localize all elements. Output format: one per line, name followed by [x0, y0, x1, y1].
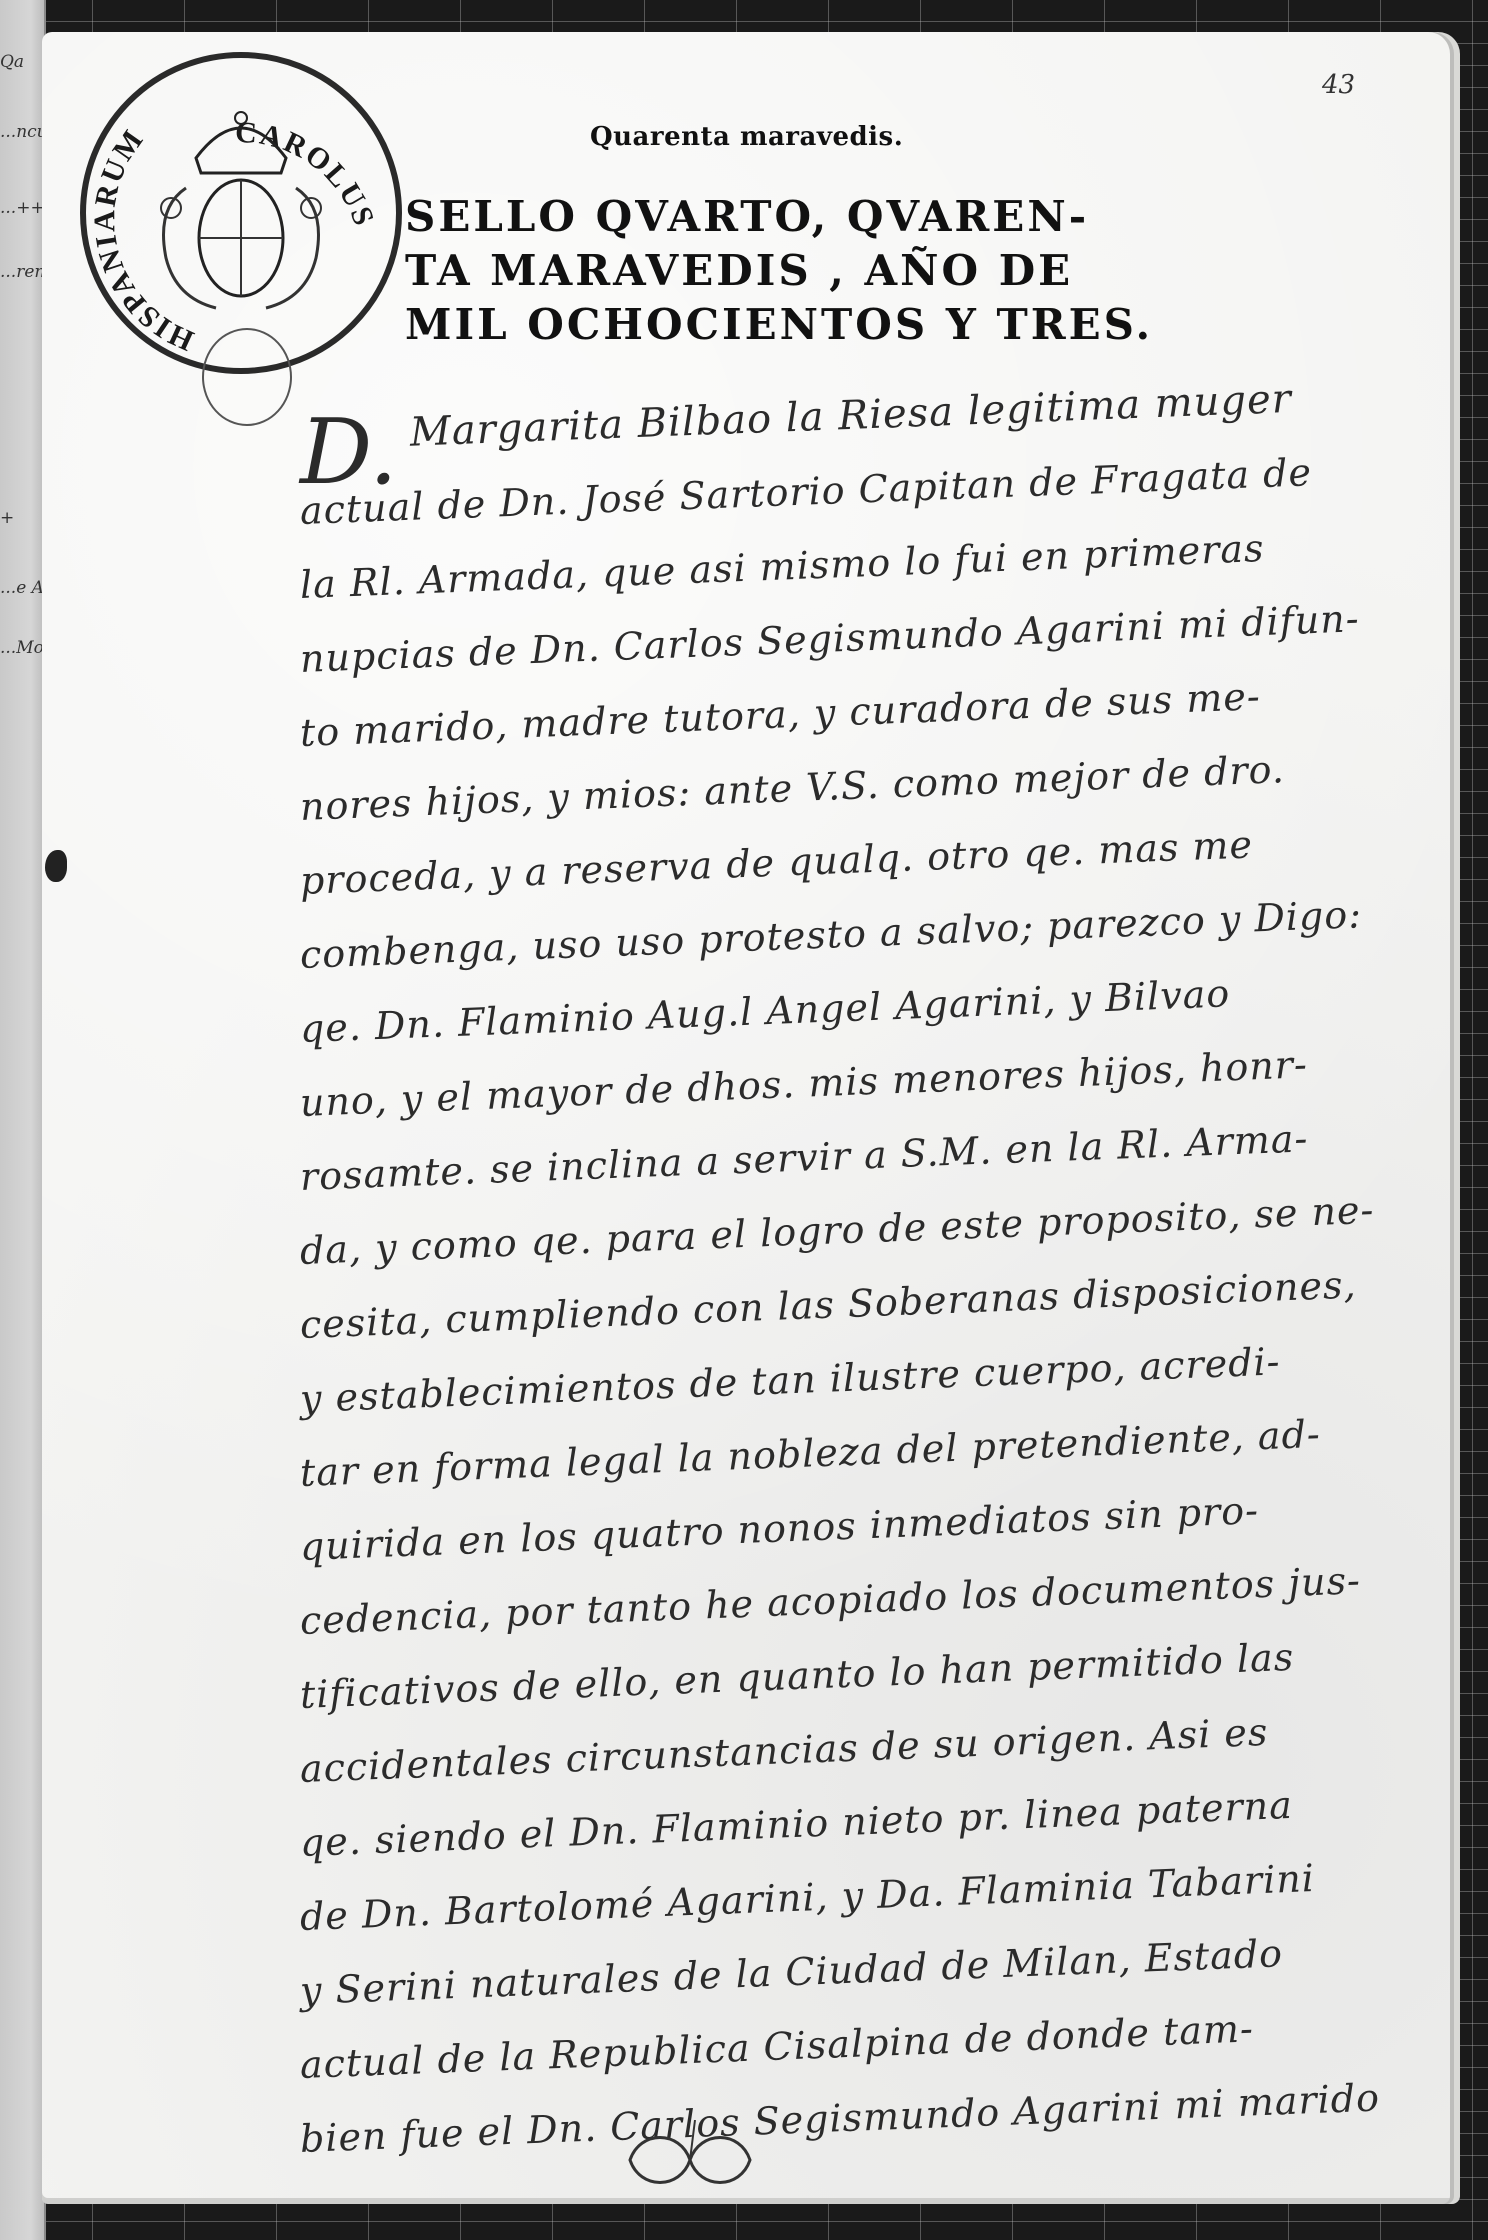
margin-note: Qa — [0, 52, 44, 72]
margin-note: ...ncups — [0, 122, 44, 142]
secondary-stamp-outline — [202, 328, 292, 426]
stamp-line: TA MARAVEDIS , AÑO DE — [405, 244, 1105, 298]
previous-page-edge: Qa ...ncups ...+++ ...reny + ...e ADal .… — [0, 0, 46, 2240]
page-number: 43 — [1322, 70, 1355, 100]
margin-note: ...e ADal — [0, 578, 44, 598]
margin-note: ...reny — [0, 262, 44, 282]
stamped-paper-header: SELLO QVARTO, QVAREN- TA MARAVEDIS , AÑO… — [405, 190, 1105, 352]
ink-blot — [45, 850, 67, 882]
royal-coat-of-arms-icon: CAROLUS·IV·D·G· HISPANIARUM REX· — [86, 58, 396, 368]
manuscript-body: Margarita Bilbao la Riesa legitima muger… — [300, 400, 1430, 2176]
margin-note: + — [0, 508, 44, 528]
margin-note: ...Molin — [0, 638, 44, 658]
stamp-line: MIL OCHOCIENTOS Y TRES. — [405, 298, 1105, 352]
rubric-flourish-icon — [620, 2120, 760, 2190]
stamp-line: SELLO QVARTO, QVAREN- — [405, 190, 1105, 244]
margin-note: ...+++ — [0, 198, 44, 218]
stamp-value-line: Quarenta maravedis. — [590, 122, 903, 152]
royal-seal: CAROLUS·IV·D·G· HISPANIARUM REX· — [80, 52, 402, 374]
